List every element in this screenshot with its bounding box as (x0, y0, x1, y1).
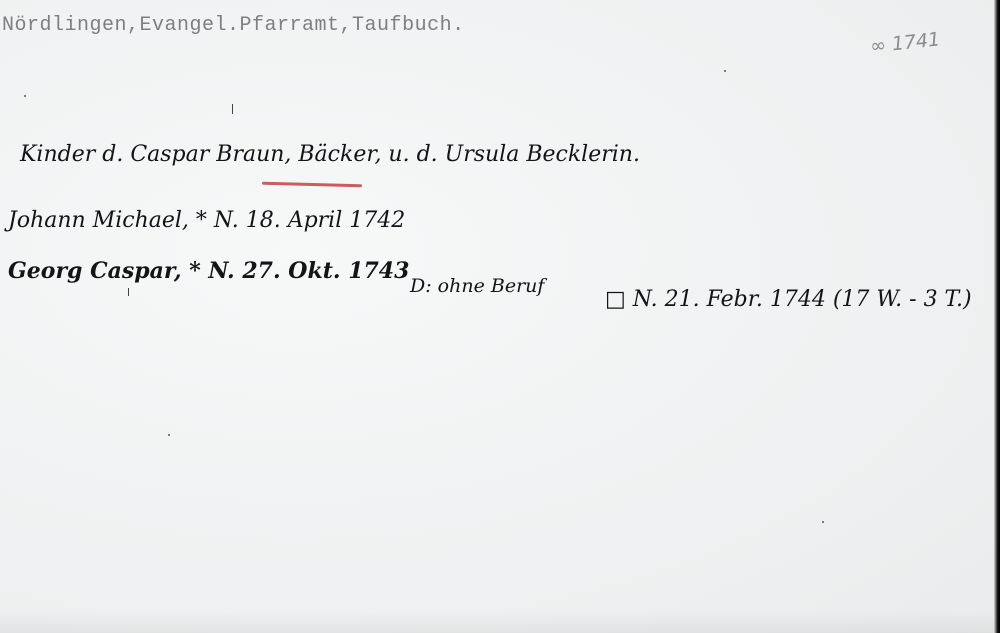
typed-header-source: Nördlingen,Evangel.Pfarramt,Taufbuch. (2, 14, 465, 37)
paper-speck (822, 521, 824, 523)
paper-mark (232, 104, 233, 114)
paper-mark (128, 288, 129, 296)
handwritten-parents-line: Kinder d. Caspar Braun, Bäcker, u. d. Ur… (20, 142, 640, 167)
paper-speck (724, 70, 726, 72)
handwritten-child-2-death: □ N. 21. Febr. 1744 (17 W. - 3 T.) (605, 287, 972, 312)
scan-edge (994, 0, 1000, 633)
index-card: Nördlingen,Evangel.Pfarramt,Taufbuch. ∞ … (0, 0, 1000, 633)
pencil-marriage-year-note: ∞ 1741 (869, 28, 941, 57)
handwritten-child-2-note: D: ohne Beruf (410, 275, 544, 297)
handwritten-child-1: Johann Michael, * N. 18. April 1742 (8, 208, 405, 233)
paper-speck (24, 95, 26, 97)
handwritten-child-2: Georg Caspar, * N. 27. Okt. 1743 (8, 258, 409, 284)
paper-speck (168, 434, 170, 436)
red-underline-surname (262, 182, 362, 188)
scan-shadow (0, 611, 1000, 633)
